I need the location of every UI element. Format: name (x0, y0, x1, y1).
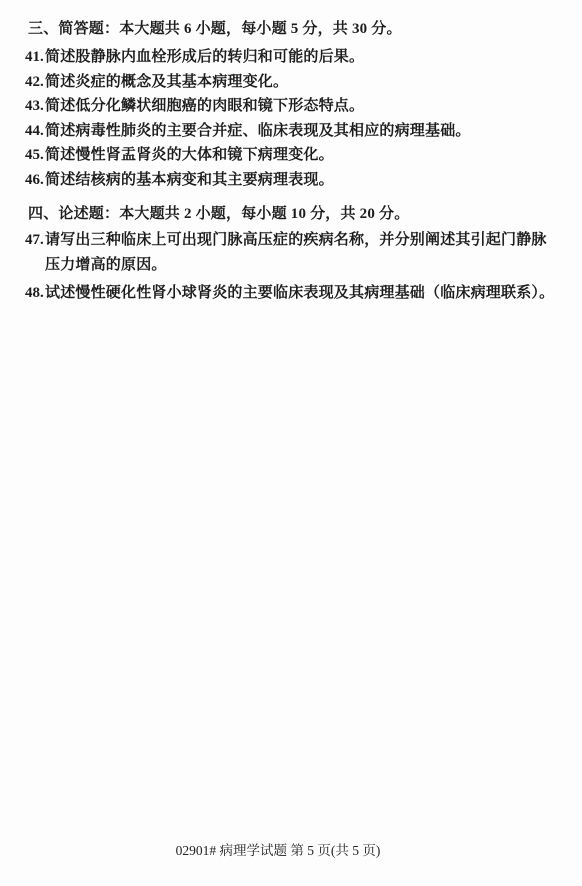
question-45: 45. 简述慢性肾盂肾炎的大体和镜下病理变化。 (0, 143, 582, 168)
question-46: 46. 简述结核病的基本病变和其主要病理表现。 (0, 168, 582, 193)
question-41: 41. 简述股静脉内血栓形成后的转归和可能的后果。 (0, 45, 582, 70)
question-number: 45. (25, 143, 45, 168)
question-number: 43. (25, 94, 45, 119)
question-number: 47. (25, 228, 45, 253)
question-text: 简述病毒性肺炎的主要合并症、临床表现及其相应的病理基础。 (45, 119, 556, 144)
section-header-essay: 四、论述题：本大题共 2 小题，每小题 10 分，共 20 分。 (0, 202, 582, 227)
question-text: 简述炎症的概念及其基本病理变化。 (45, 70, 556, 95)
question-44: 44. 简述病毒性肺炎的主要合并症、临床表现及其相应的病理基础。 (0, 119, 582, 144)
question-43: 43. 简述低分化鳞状细胞癌的肉眼和镜下形态特点。 (0, 94, 582, 119)
question-text: 简述慢性肾盂肾炎的大体和镜下病理变化。 (45, 143, 556, 168)
question-number: 48. (25, 281, 45, 306)
question-text: 简述结核病的基本病变和其主要病理表现。 (45, 168, 556, 193)
question-48: 48. 试述慢性硬化性肾小球肾炎的主要临床表现及其病理基础（临床病理联系）。 (0, 281, 582, 306)
question-number: 41. (25, 45, 45, 70)
question-number: 42. (25, 70, 45, 95)
question-number: 46. (25, 168, 45, 193)
exam-content: 三、简答题：本大题共 6 小题，每小题 5 分，共 30 分。 41. 简述股静… (0, 0, 582, 306)
question-text: 简述低分化鳞状细胞癌的肉眼和镜下形态特点。 (45, 94, 556, 119)
question-42: 42. 简述炎症的概念及其基本病理变化。 (0, 70, 582, 95)
question-text: 试述慢性硬化性肾小球肾炎的主要临床表现及其病理基础（临床病理联系）。 (45, 281, 556, 306)
page-footer: 02901# 病理学试题 第 5 页(共 5 页) (0, 840, 569, 862)
question-text: 请写出三种临床上可出现门脉高压症的疾病名称，并分别阐述其引起门静脉压力增高的原因… (45, 228, 556, 277)
question-text: 简述股静脉内血栓形成后的转归和可能的后果。 (45, 45, 556, 70)
question-number: 44. (25, 119, 45, 144)
exam-page: 三、简答题：本大题共 6 小题，每小题 5 分，共 30 分。 41. 简述股静… (0, 0, 582, 886)
section-header-short-answer: 三、简答题：本大题共 6 小题，每小题 5 分，共 30 分。 (0, 17, 582, 42)
question-47: 47. 请写出三种临床上可出现门脉高压症的疾病名称，并分别阐述其引起门静脉压力增… (0, 228, 582, 277)
